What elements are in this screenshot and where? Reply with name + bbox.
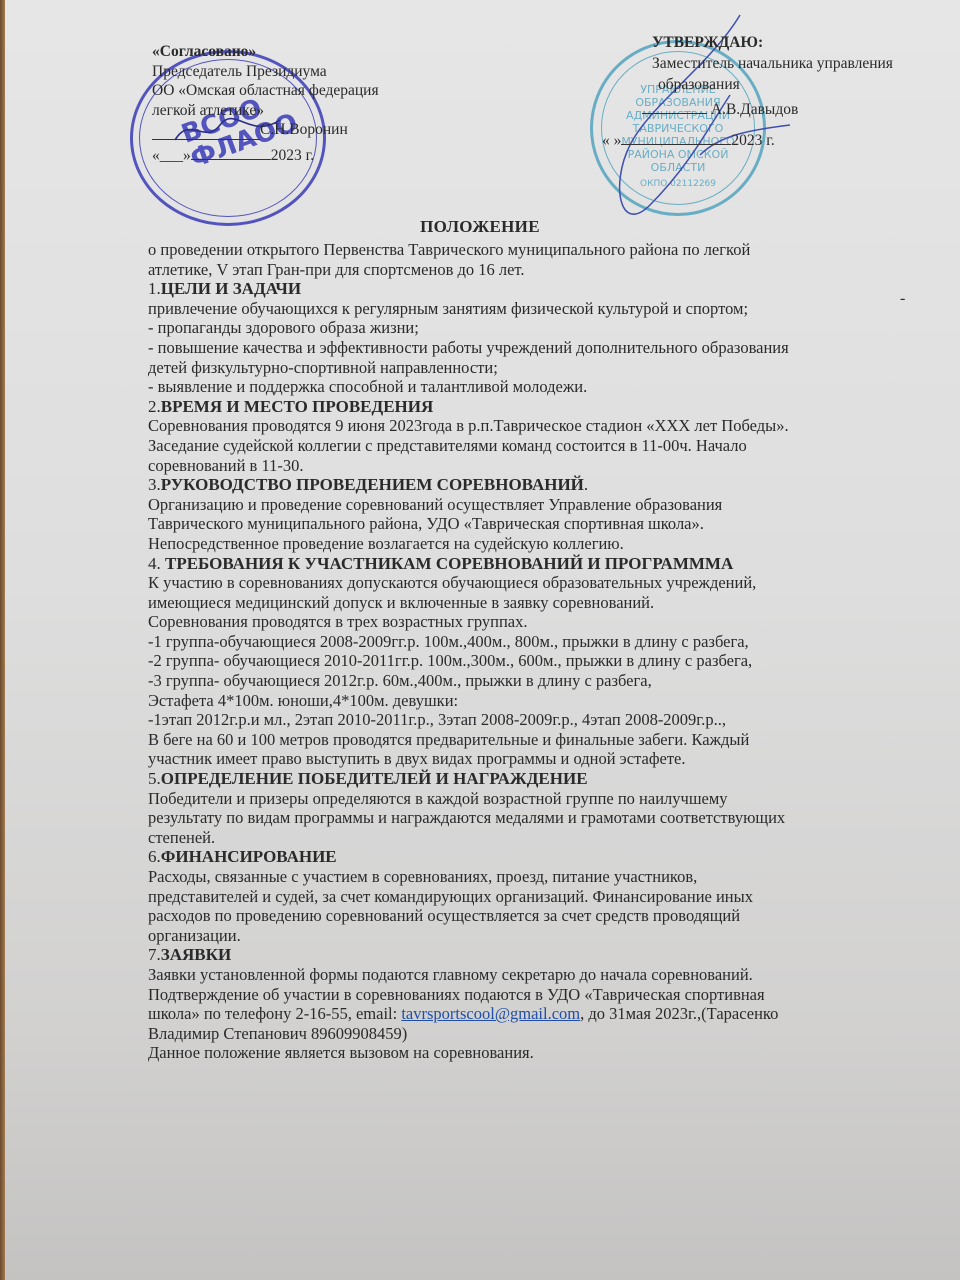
section-number: 7. (148, 945, 161, 964)
section-text-line: Заявки установленной формы подаются глав… (148, 965, 928, 985)
section-text-line: участник имеет право выступить в двух ви… (148, 749, 928, 769)
section-text-line: В беге на 60 и 100 метров проводятся пре… (148, 730, 928, 750)
section-text-line: детей физкультурно-спортивной направленн… (148, 358, 928, 378)
section-text-line: - пропаганды здорового образа жизни; (148, 318, 928, 338)
signature-line (642, 113, 707, 114)
section-text-line: -1 группа-обучающиеся 2008-2009гг.р. 100… (148, 632, 928, 652)
agreed-date-quote: «___» (152, 147, 191, 164)
section-heading: 4. ТРЕБОВАНИЯ К УЧАСТНИКАМ СОРЕВНОВАНИЙ … (148, 554, 928, 574)
section-text-line: имеющиеся медицинский допуск и включенны… (148, 593, 928, 613)
section-number: 3. (148, 475, 161, 494)
section-heading: 6.ФИНАНСИРОВАНИЕ (148, 847, 928, 867)
agreed-signer: С.Н.Воронин (260, 120, 348, 140)
date-line (621, 144, 731, 145)
signature-line (152, 120, 260, 140)
section-text-line: результату по видам программы и награжда… (148, 808, 928, 828)
section-heading: 3.РУКОВОДСТВО ПРОВЕДЕНИЕМ СОРЕВНОВАНИЙ. (148, 475, 928, 495)
section-text-line: соревнований в 11-30. (148, 456, 928, 476)
section-text-line: Организацию и проведение соревнований ос… (148, 495, 928, 515)
approve-date-year: 2023 г. (731, 132, 774, 149)
section-text-line: Эстафета 4*100м. юноши,4*100м. девушки: (148, 691, 928, 711)
section-title: ФИНАНСИРОВАНИЕ (161, 847, 337, 866)
section-text-line: Соревнования проводятся 9 июня 2023года … (148, 416, 928, 436)
section-title: ЗАЯВКИ (161, 945, 231, 964)
section-text-line: Непосредственное проведение возлагается … (148, 534, 928, 554)
section-text-line: привлечение обучающихся к регулярным зан… (148, 299, 928, 319)
contact-prefix: школа» по телефону 2-16-55, email: (148, 1004, 401, 1023)
section-title: РУКОВОДСТВО ПРОВЕДЕНИЕМ СОРЕВНОВАНИЙ (161, 475, 584, 494)
agreed-date-year: 2023 г. (271, 147, 314, 164)
section-text-line: Расходы, связанные с участием в соревнов… (148, 867, 928, 887)
section-heading: 7.ЗАЯВКИ (148, 945, 928, 965)
section-number: 5. (148, 769, 161, 788)
agreed-position-line3: легкой атлетике» (152, 101, 452, 121)
section-number: 4. (148, 554, 165, 573)
date-line (191, 159, 271, 160)
section-number: 6. (148, 847, 161, 866)
section-text-line: представителей и судей, за счет командир… (148, 887, 928, 907)
section-text-line: -1этап 2012г.р.и мл., 2этап 2010-2011г.р… (148, 710, 928, 730)
approve-signer: А.В.Давыдов (711, 101, 798, 118)
agreed-position-line1: Председатель Президиума (152, 62, 452, 82)
section-title: ВРЕМЯ И МЕСТО ПРОВЕДЕНИЯ (161, 397, 434, 416)
section-text-line: Подтверждение об участии в соревнованиях… (148, 985, 928, 1005)
agreement-block: «Согласовано» Председатель Президиума ОО… (152, 42, 452, 165)
section-title: ТРЕБОВАНИЯ К УЧАСТНИКАМ СОРЕВНОВАНИЙ И П… (165, 554, 733, 573)
email-link[interactable]: tavrsportscool@gmail.com (401, 1004, 580, 1023)
section-title: ОПРЕДЕЛЕНИЕ ПОБЕДИТЕЛЕЙ И НАГРАЖДЕНИЕ (161, 769, 588, 788)
section-title-suffix: . (584, 475, 588, 494)
closing-line: Данное положение является вызовом на сор… (148, 1043, 928, 1063)
table-edge (0, 0, 5, 1280)
document-body: о проведении открытого Первенства Таврич… (148, 240, 928, 1063)
section-text-line: Победители и призеры определяются в кажд… (148, 789, 928, 809)
section-text-line: - выявление и поддержка способной и тала… (148, 377, 928, 397)
document-title: ПОЛОЖЕНИЕ (0, 217, 960, 237)
sections: 1.ЦЕЛИ И ЗАДАЧИпривлечение обучающихся к… (148, 279, 928, 1004)
agreed-position-line2: ОО «Омская областная федерация (152, 81, 452, 101)
section-text-line: К участию в соревнованиях допускаются об… (148, 573, 928, 593)
contact-line: школа» по телефону 2-16-55, email: tavrs… (148, 1004, 928, 1024)
section-text-line: - повышение качества и эффективности раб… (148, 338, 928, 358)
section-title: ЦЕЛИ И ЗАДАЧИ (161, 279, 301, 298)
section-heading: 5.ОПРЕДЕЛЕНИЕ ПОБЕДИТЕЛЕЙ И НАГРАЖДЕНИЕ (148, 769, 928, 789)
section-text-line: -3 группа- обучающиеся 2012г.р. 60м.,400… (148, 671, 928, 691)
contact-line2: Владимир Степанович 89609908459) (148, 1024, 928, 1044)
section-text-line: Соревнования проводятся в трех возрастны… (148, 612, 928, 632)
section-number: 1. (148, 279, 161, 298)
approve-label: УТВЕРЖДАЮ: (652, 32, 952, 53)
section-text-line: организации. (148, 926, 928, 946)
section-text-line: степеней. (148, 828, 928, 848)
section-text-line: -2 группа- обучающиеся 2010-2011гг.р. 10… (148, 651, 928, 671)
section-text-line: Заседание судейской коллегии с представи… (148, 436, 928, 456)
section-number: 2. (148, 397, 161, 416)
section-text-line: Таврического муниципального района, УДО … (148, 514, 928, 534)
approve-position-line1: Заместитель начальника управления (652, 53, 952, 74)
approve-date-quote: « » (602, 132, 621, 149)
section-heading: 1.ЦЕЛИ И ЗАДАЧИ (148, 279, 928, 299)
section-heading: 2.ВРЕМЯ И МЕСТО ПРОВЕДЕНИЯ (148, 397, 928, 417)
subtitle-line1: о проведении открытого Первенства Таврич… (148, 240, 928, 260)
agreed-label: «Согласовано» (152, 42, 452, 62)
approve-position-line2: образования (658, 74, 952, 95)
section-text-line: расходов по проведению соревнований осущ… (148, 906, 928, 926)
approval-block: УТВЕРЖДАЮ: Заместитель начальника управл… (652, 32, 952, 151)
contact-suffix: , до 31мая 2023г.,(Тарасенко (580, 1004, 778, 1023)
subtitle-line2: атлетике, V этап Гран-при для спортсмено… (148, 260, 928, 280)
